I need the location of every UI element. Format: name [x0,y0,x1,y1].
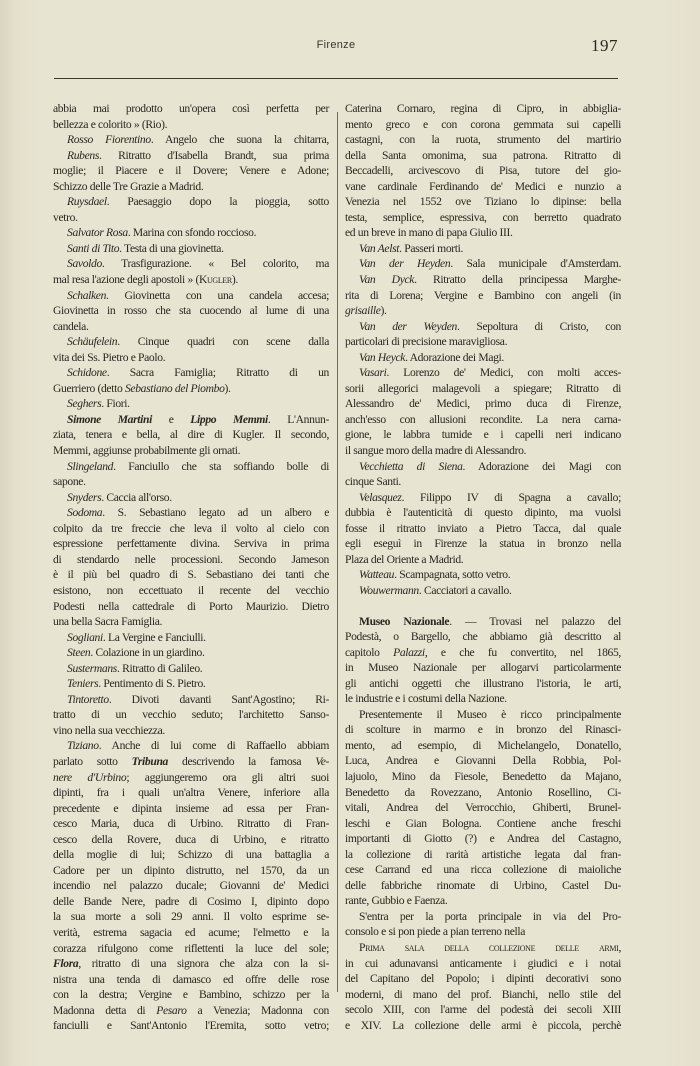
text-line: Caterina Cornaro, regina di Cipro, in ab… [345,101,621,117]
text-line: Giovinetta in rosso che sta cuocendo al … [53,303,329,319]
artist-name: Van der Heyden [359,257,450,270]
text-line: gione, le labbra tumide e i capelli neri… [345,427,621,443]
text-line: esistono, non eccettuato il recente del … [53,583,329,599]
text-line: la collezione di rarità artistiche legat… [345,847,621,863]
text-line: S'entra per la porta principale in via d… [345,909,621,925]
artist-name: Watteau [359,568,394,581]
text-line: parlato sotto Tribuna descrivendo la fam… [53,754,329,770]
entry-van-aelst: Van Aelst. Passeri morti. [345,241,621,257]
text-line: moderni, di mano del prof. Bianchi, nell… [345,987,621,1003]
text-line: verità, estrema sagacia ed acume; l'elme… [53,925,329,941]
book-page: Firenze 197 abbia mai prodotto un'opera … [0,0,700,1066]
text-line: vitali, Andrea del Verrocchio, Ghiberti,… [345,800,621,816]
artist-name: Sogliani [67,631,103,644]
artist-name: Sodoma [67,506,102,519]
artist-name: Schalken [67,289,106,302]
text-line: precedente e dipinta insieme ad essa per… [53,801,329,817]
entry-ruysdael: Ruysdael. Paesaggio dopo la pioggia, sot… [53,194,329,210]
artist-name: Schäufelein [67,335,117,348]
text-line: fanciulli e Sant'Antonio l'Eremita, sott… [53,1018,329,1034]
artist-name: Sustermans [67,662,117,675]
entry-tiziano: Tiziano. Anche di lui come di Raffaello … [53,738,329,754]
artist-name: Van der Weyden [359,320,457,333]
artist-name: Steen [67,646,90,659]
running-title: Firenze [54,39,618,51]
text-line: Podestà, o Bargello, che abbiamo già des… [345,629,621,645]
artist-name: Van Aelst [359,242,399,255]
entry-teniers: Teniers. Pentimento di S. Pietro. [53,676,329,692]
text-line: fosse il ritratto inviato a Pietro Tacca… [345,521,621,537]
text-line: nere d'Urbino; aggiungeremo ora gli altr… [53,770,329,786]
text-line: abbia mai prodotto un'opera così perfett… [53,101,329,117]
text-line: lajuolo, Mino da Fiesole, Benedetto da M… [345,769,621,785]
text-line: sorii allegorici malagevoli a spiegare; … [345,381,621,397]
text-line: una bella Sacra Famiglia. [53,614,329,630]
artist-name: Lippo Memmi [190,413,268,426]
artist-name: Tiziano [67,739,99,752]
page-number: 197 [591,36,618,56]
text-line: cesco Maria, duca di Urbino. Ritratto di… [53,816,329,832]
text-line: Madonna detta di Pesaro a Venezia; Madon… [53,1003,329,1019]
entry-snyders: Snyders. Caccia all'orso. [53,490,329,506]
text-line: Podesti nella cattedrale di Porto Mauriz… [53,599,329,615]
artist-name: Rubens [67,149,99,162]
text-line: secolo XIII, con l'arme del podestà dei … [345,1002,621,1018]
column-divider [337,112,338,992]
text-line: tratto di un vecchio seduto; l'architett… [53,707,329,723]
text-line: ed un breve in mano di papa Giulio III. [345,225,621,241]
entry-rubens: Rubens. Ritratto d'Isabella Brandt, sua … [53,148,329,164]
text-line: delle Bande Nere, padre di Cosimo I, dip… [53,894,329,910]
entry-schidone: Schidone. Sacra Famiglia; Ritratto di un [53,365,329,381]
text-line: il sangue moro della madre di Alessandro… [345,443,621,459]
entry-steen: Steen. Colazione in un giardino. [53,645,329,661]
text-line: vino nella sua vecchiezza. [53,723,329,739]
text-line: Memmi, aggiunse probabilmente gli ornati… [53,443,329,459]
text-line: Schizzo delle Tre Grazie a Madrid. [53,179,329,195]
text-line: del Capitano del Popolo; i dipinti decor… [345,971,621,987]
artist-name: Vecchietta di Siena [359,460,463,473]
text-line: Flora, ritratto di una signora che alza … [53,956,329,972]
text-line: Plaza del Oriente a Madrid. [345,552,621,568]
text-line: di scolture in marmo e in bronzo del Rin… [345,722,621,738]
artist-name: Van Dyck [359,273,414,286]
entry-van-der-weyden: Van der Weyden. Sepoltura di Cristo, con [345,319,621,335]
artist-name: Tintoretto [67,693,109,706]
text-line: colpito da tre freccie che leva il volto… [53,521,329,537]
text-line: nistra una tenda di damasco ed offre del… [53,972,329,988]
text-line: dipinti, fra i quali un'altra Venere, in… [53,785,329,801]
artist-name: Wouwermann [359,584,419,597]
text-line: moglie; il Piacere e il Dovere; Venere e… [53,163,329,179]
text-line: e XIV. La collezione delle armi è piccol… [345,1018,621,1034]
header-rule [54,78,618,79]
text-line: mento greco e con corona gemmata sui cap… [345,117,621,133]
text-line: con la destra; Vergine e Bambino, schizz… [53,987,329,1003]
text-line: particolari di precisione maravigliosa. [345,334,621,350]
text-line: cesco della Rovere, duca di Urbino, e ri… [53,832,329,848]
text-line: vita dei Ss. Pietro e Paolo. [53,350,329,366]
text-line: castagni, con la ruota, strumento del ma… [345,132,621,148]
artist-name: Seghers [67,397,101,410]
artist-name: Teniers [67,677,98,690]
entry-van-dyck: Van Dyck. Ritratto della principessa Mar… [345,272,621,288]
text-line: cese Carrand ed una ricca collezione di … [345,862,621,878]
text-line: dubbia è l'autenticità di questo dipinto… [345,505,621,521]
text-line: sapone. [53,474,329,490]
entry-simone-martini: Simone Martini e Lippo Memmi. L'Annun- [53,412,329,428]
right-column: Caterina Cornaro, regina di Cipro, in ab… [345,101,621,1033]
entry-rosso-fiorentino: Rosso Fiorentino. Angelo che suona la ch… [53,132,329,148]
artist-name: Vasari [359,366,387,379]
text-line: della moglie di lui; Schizzo di una batt… [53,847,329,863]
entry-sodoma: Sodoma. S. Sebastiano legato ad un alber… [53,505,329,521]
entry-savoldo: Savoldo. Trasfigurazione. « Bel colorito… [53,256,329,272]
text-line: delle fabbriche rinomate di Urbino, Cast… [345,878,621,894]
text-line: Presentemente il Museo è ricco principal… [345,707,621,723]
entry-schalken: Schalken. Giovinetta con una candela acc… [53,288,329,304]
entry-sogliani: Sogliani. La Vergine e Fanciulli. [53,630,329,646]
entry-santi-di-tito: Santi di Tito. Testa di una giovinetta. [53,241,329,257]
entry-van-heyck: Van Heyck. Adorazione dei Magi. [345,350,621,366]
artist-name: Schidone [67,366,107,379]
text-line: in cui adunavansi anticamente i giudici … [345,956,621,972]
text-line: Beccadelli, arcivescovo di Pisa, tutore … [345,163,621,179]
text-line: Cadore per un dipinto distrutto, nel 157… [53,863,329,879]
subsection-heading: Prima sala della collezione delle armi [359,941,618,954]
section-museo-nazionale: Museo Nazionale. — Trovasi nel palazzo d… [345,614,621,630]
entry-wouwermann: Wouwermann. Cacciatori a cavallo. [345,583,621,599]
text-line: le industrie e i costumi della Nazione. [345,691,621,707]
text-line: espressione perfettamente divina. Serviv… [53,536,329,552]
text-line: cinque Santi. [345,474,621,490]
entry-sustermans: Sustermans. Ritratto di Galileo. [53,661,329,677]
artist-name: Van Heyck [359,351,405,364]
text-line: rita di Lorena; Vergine e Bambino con an… [345,288,621,304]
text-line: vetro. [53,210,329,226]
entry-slingeland: Slingeland. Fanciullo che sta soffiando … [53,459,329,475]
text-line: Guerriero (detto Sebastiano del Piombo). [53,381,329,397]
text-line: la sua morte a soli 29 anni. Il volto es… [53,909,329,925]
artist-name: Ruysdael [67,195,107,208]
entry-tintoretto: Tintoretto. Divoti davanti Sant'Agostino… [53,692,329,708]
artist-name: Rosso Fiorentino [67,133,151,146]
entry-vasari: Vasari. Lorenzo de' Medici, con molti ac… [345,365,621,381]
text-line: è il più bel quadro di S. Sebastiano dei… [53,567,329,583]
text-line: di stendardo nelle processioni. Secondo … [53,552,329,568]
entry-van-der-heyden: Van der Heyden. Sala municipale d'Amster… [345,256,621,272]
entry-velasquez: Velasquez. Filippo IV di Spagna a cavall… [345,490,621,506]
entry-seghers: Seghers. Fiori. [53,396,329,412]
entry-watteau: Watteau. Scampagnata, sotto vetro. [345,567,621,583]
text-line: leschi e Gian Bologna. Contiene anche fr… [345,816,621,832]
artist-name: Savoldo [67,257,102,270]
text-line: ziata, tenera e bella, al dire di Kugler… [53,427,329,443]
text-line: vane cardinale Ferdinando de' Medici e n… [345,179,621,195]
entry-salvator-rosa: Salvator Rosa. Marina con sfondo roccios… [53,225,329,241]
text-line: capitolo Palazzi, e che fu convertito, n… [345,645,621,661]
text-line: Venezia nel 1552 ove Tiziano lo dipinse:… [345,194,621,210]
text-line: egli eseguì in Firenze la statua in bron… [345,536,621,552]
text-line: rante, Gubbio e Faenza. [345,893,621,909]
text-line: gli antichi oggetti che illustrano l'ist… [345,676,621,692]
text-line: Benedetto da Rovezzano, Antonio Rosellin… [345,785,621,801]
artist-name: Salvator Rosa [67,226,128,239]
artist-name: Santi di Tito [67,242,119,255]
text-line: incendio nel palazzo ducale; Giovanni de… [53,878,329,894]
text-line: in Museo Nazionale per allogarvi partico… [345,660,621,676]
text-line: mento, ad esempio, di Michelangelo, Dona… [345,738,621,754]
citation-kugler: Kugler [199,273,232,286]
text-line: mal resa l'azione degli apostoli » (Kugl… [53,272,329,288]
entry-vecchietta: Vecchietta di Siena. Adorazione dei Magi… [345,459,621,475]
artist-name: Slingeland [67,460,113,473]
text-line: anch'esso con allusioni recondite. La ne… [345,412,621,428]
artist-name: Snyders [67,491,101,504]
text-line: Luca, Andrea e Giovanni Della Robbia, Po… [345,753,621,769]
running-head: Firenze 197 [54,36,618,56]
text-line: candela. [53,319,329,335]
entry-schaufelein: Schäufelein. Cinque quadri con scene dal… [53,334,329,350]
artist-name: Velasquez [359,491,402,504]
artist-name: Simone Martini [67,413,152,426]
text-line: importanti di Giotto (?) e Andrea del Ca… [345,831,621,847]
left-column: abbia mai prodotto un'opera così perfett… [53,101,329,1034]
text-line: consolo e si pon piede a pian terreno ne… [345,924,621,940]
text-line: della Santa omonima, sua patrona. Ritrat… [345,148,621,164]
text-line: bellezza e colorito » (Rio). [53,117,329,133]
text-line: corazza rifulgono come riflettenti la lu… [53,941,329,957]
text-line: Alessandro de' Medici, primo duca di Fir… [345,396,621,412]
text-line: grisaille). [345,303,621,319]
text-line: testa, semplice, espressiva, con berrett… [345,210,621,226]
subsection-prima-sala: Prima sala della collezione delle armi, [345,940,621,956]
section-heading: Museo Nazionale [359,615,449,628]
